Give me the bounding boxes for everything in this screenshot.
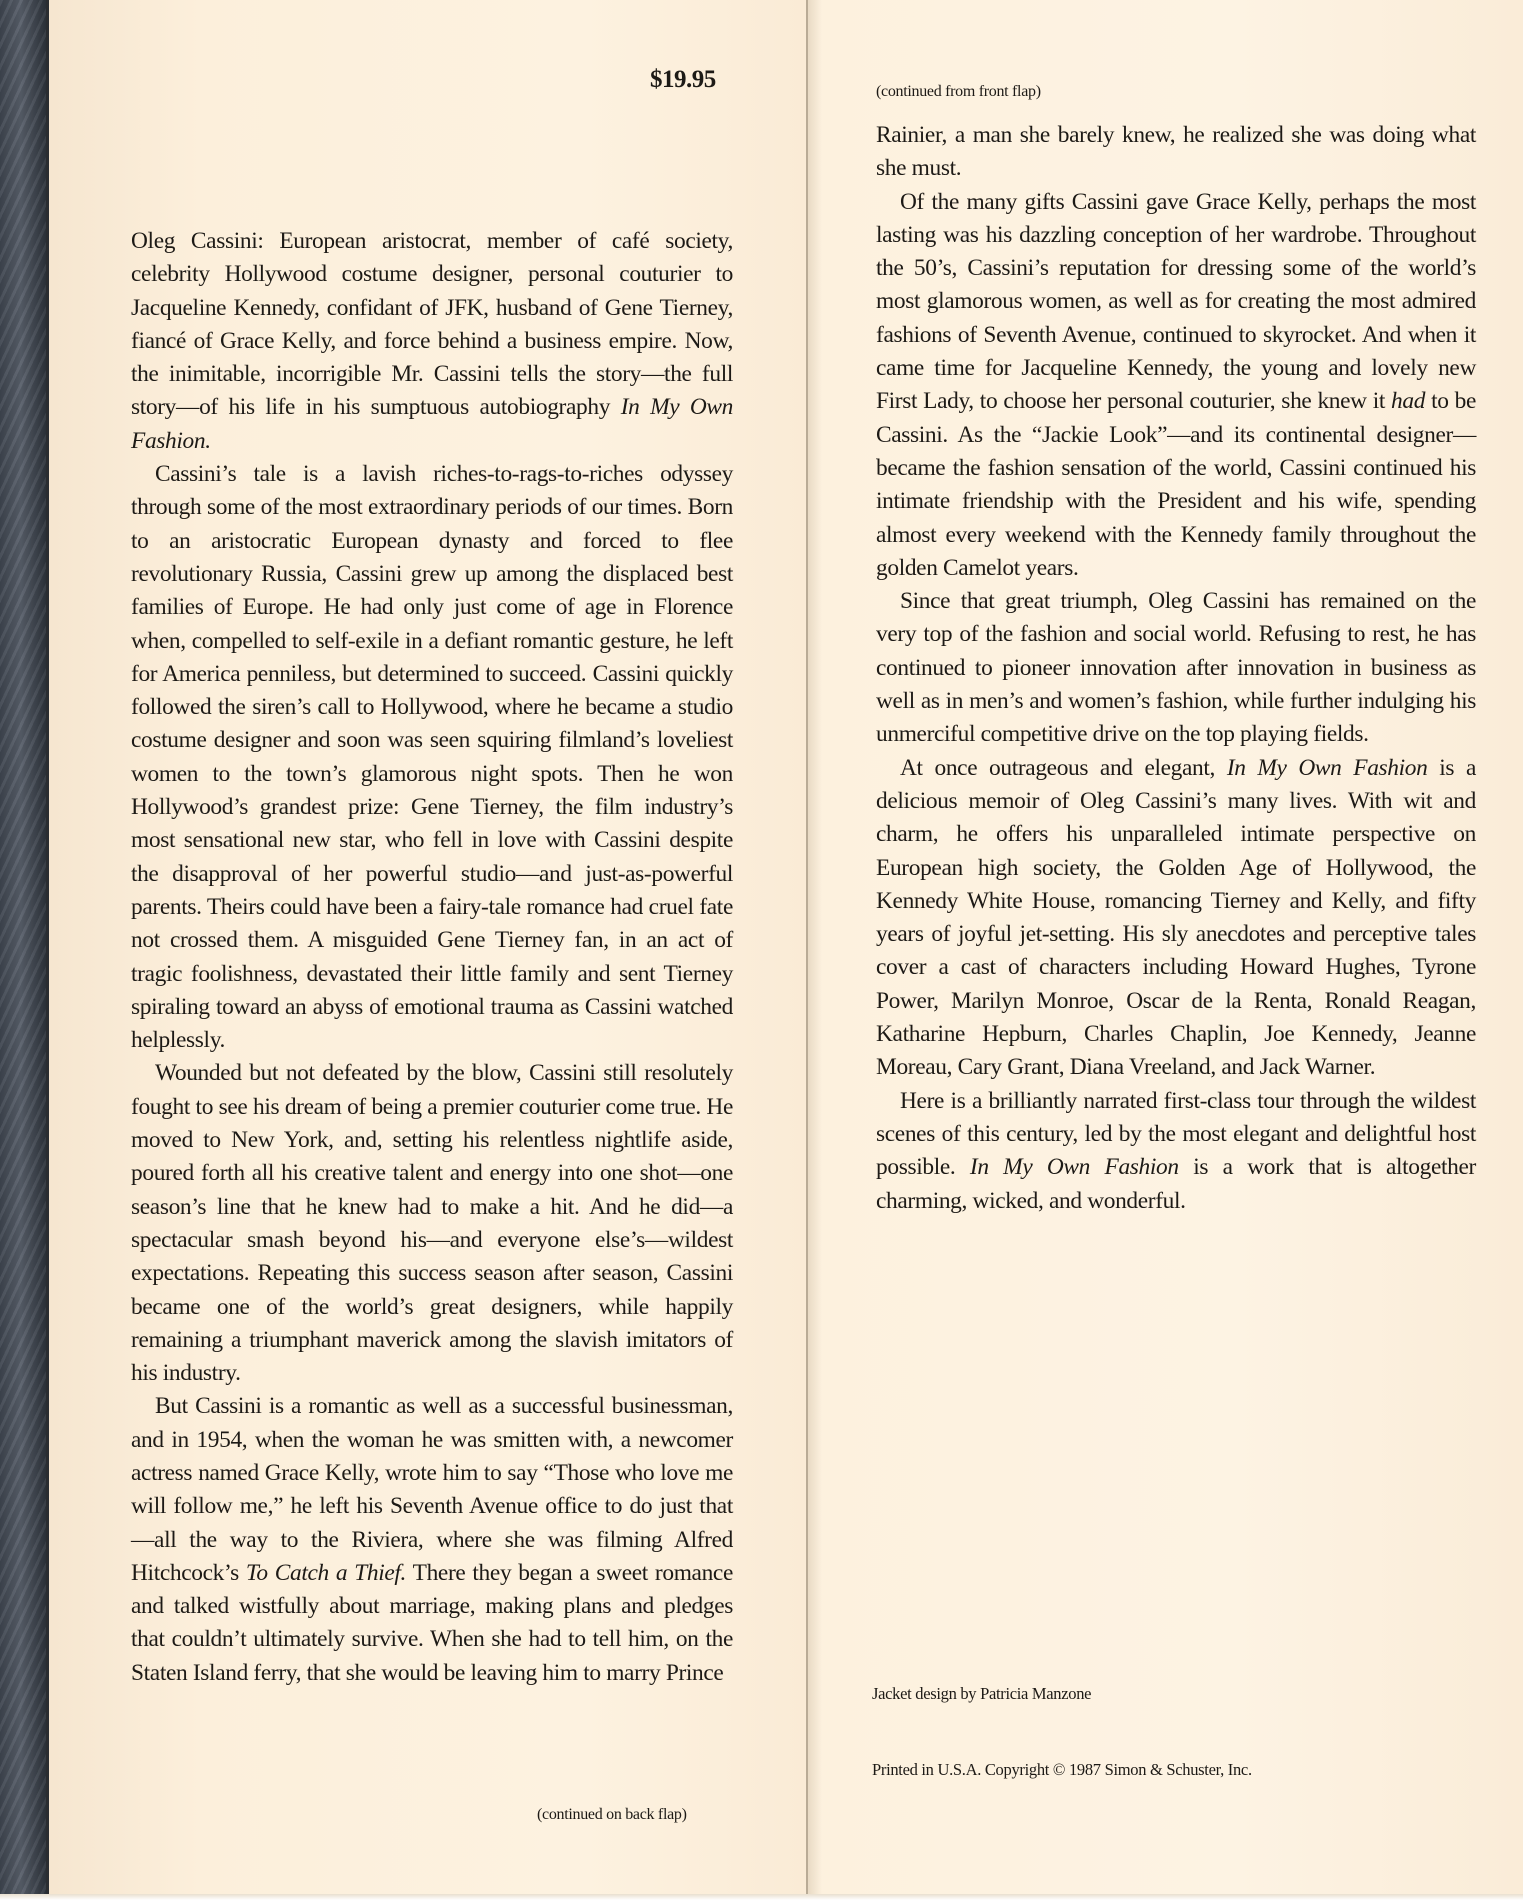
back-paragraph: At once outrageous and elegant, In My Ow… — [876, 752, 1476, 1085]
italic-title-text: To Catch a Thief. — [246, 1560, 406, 1586]
price-label: $19.95 — [650, 66, 716, 94]
body-text: Since that great triumph, Oleg Cassini h… — [876, 588, 1476, 747]
front-flap-text: Oleg Cassini: European aristocrat, membe… — [131, 225, 733, 1690]
body-text: Oleg Cassini: European aristocrat, membe… — [131, 228, 733, 420]
front-paragraph: But Cassini is a romantic as well as a s… — [131, 1390, 733, 1690]
body-text: Of the many gifts Cassini gave Grace Kel… — [876, 189, 1476, 415]
body-text: At once outrageous and elegant, — [900, 755, 1227, 781]
body-text: Rainier, a man she barely knew, he reali… — [876, 122, 1476, 181]
back-paragraph: Of the many gifts Cassini gave Grace Kel… — [876, 186, 1476, 586]
continued-on-back-flap-note: (continued on back flap) — [537, 1806, 687, 1824]
body-text: to be Cassini. As the “Jackie Look”—and … — [876, 388, 1476, 580]
back-paragraph: Rainier, a man she barely knew, he reali… — [876, 119, 1476, 186]
italic-title-text: In My Own Fashion — [1227, 755, 1428, 781]
body-text: But Cassini is a romantic as well as a s… — [131, 1393, 733, 1585]
back-flap-text: Rainier, a man she barely knew, he reali… — [876, 119, 1476, 1218]
front-paragraph: Oleg Cassini: European aristocrat, membe… — [131, 225, 733, 458]
book-spine-edge — [0, 0, 46, 1900]
italic-title-text: In My Own Fashion — [970, 1154, 1179, 1180]
back-paragraph: Here is a brilliantly narrated first-cla… — [876, 1085, 1476, 1218]
continued-from-front-flap-note: (continued from front flap) — [876, 83, 1041, 101]
body-text: Cassini’s tale is a lavish riches-to-rag… — [131, 461, 733, 1053]
copyright-notice: Printed in U.S.A. Copyright © 1987 Simon… — [872, 1760, 1252, 1780]
body-text: Wounded but not defeated by the blow, Ca… — [131, 1060, 733, 1386]
front-paragraph: Cassini’s tale is a lavish riches-to-rag… — [131, 458, 733, 1057]
back-paragraph: Since that great triumph, Oleg Cassini h… — [876, 585, 1476, 751]
bottom-edge — [0, 1894, 1523, 1900]
italic-title-text: had — [1391, 388, 1425, 414]
body-text: is a delicious memoir of Oleg Cassini’s … — [876, 755, 1476, 1081]
jacket-design-credit: Jacket design by Patricia Manzone — [872, 1684, 1091, 1704]
fold-shadow — [808, 0, 822, 1900]
front-paragraph: Wounded but not defeated by the blow, Ca… — [131, 1057, 733, 1390]
